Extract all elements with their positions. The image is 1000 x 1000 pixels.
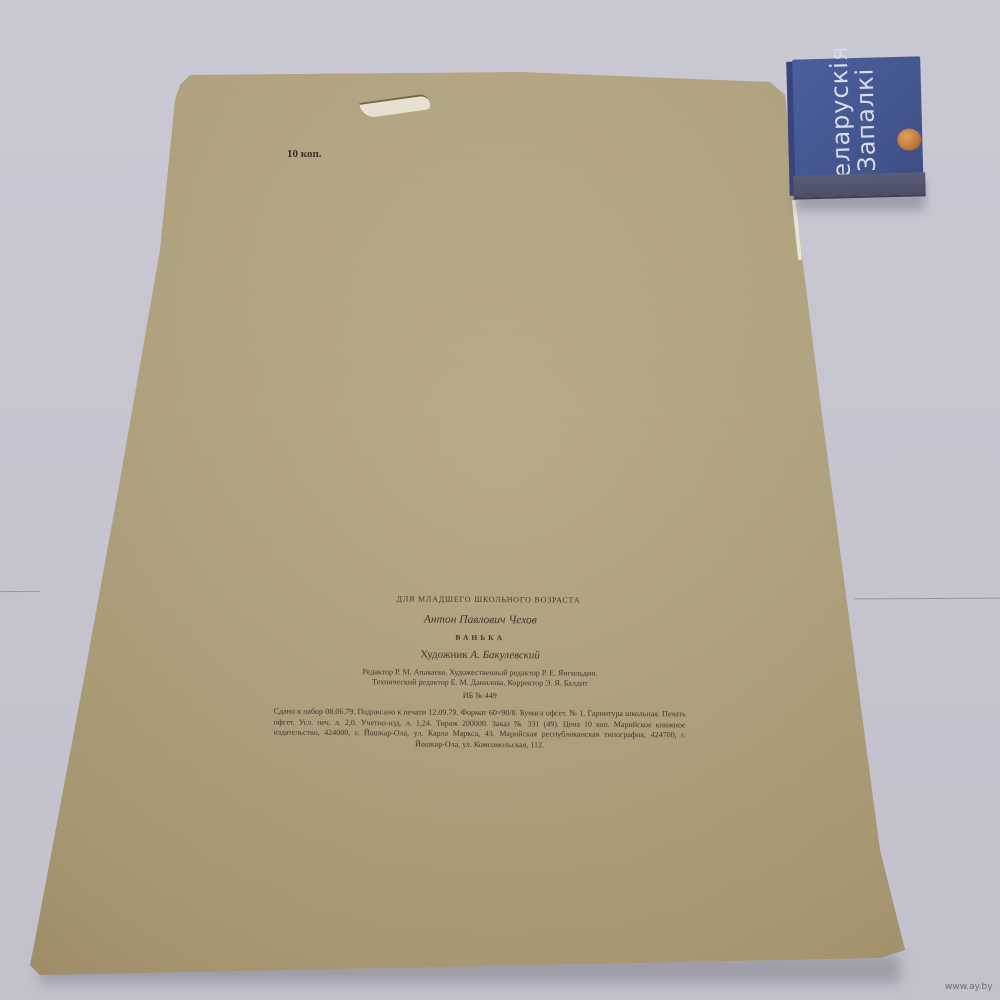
site-watermark: www.ay.by — [945, 982, 993, 992]
age-group-label: ДЛЯ МЛАДШЕГО ШКОЛЬНОГО ВОЗРАСТА — [286, 594, 690, 606]
coin-emblem-icon — [897, 128, 922, 151]
credits-line-2: Технический редактор Е. М. Данилова. Кор… — [270, 677, 690, 690]
imprint-block: ДЛЯ МЛАДШЕГО ШКОЛЬНОГО ВОЗРАСТА Антон Па… — [269, 594, 690, 752]
artist-name: А. Бакулевский — [470, 649, 540, 661]
table-seam-left — [0, 591, 40, 592]
price-label: 10 коп. — [287, 148, 322, 160]
matchbox-side-face — [793, 172, 926, 199]
credits-line-1: Редактор Р. М. Апакаева. Художественный … — [270, 667, 690, 680]
editorial-credits: Редактор Р. М. Апакаева. Художественный … — [270, 667, 690, 690]
author-name: Антон Павлович Чехов — [270, 613, 690, 628]
table-seam-right — [855, 598, 1000, 600]
book-title: ВАНЬКА — [270, 632, 690, 644]
matchbox-top-face: Беларускія Запалкі — [792, 56, 923, 177]
colophon-text: Сдано в набор 08.06.79. Подписано к печа… — [269, 707, 689, 752]
artist-label: Художник — [420, 649, 467, 661]
matchbox-text-line-2: Запалкі — [850, 67, 881, 172]
artist-credit: Художник А. Бакулевский — [270, 648, 690, 663]
ib-number: ИБ № 449 — [270, 690, 690, 702]
torn-paper-damage — [359, 93, 431, 119]
matchbox: Беларускія Запалкі — [786, 56, 928, 200]
